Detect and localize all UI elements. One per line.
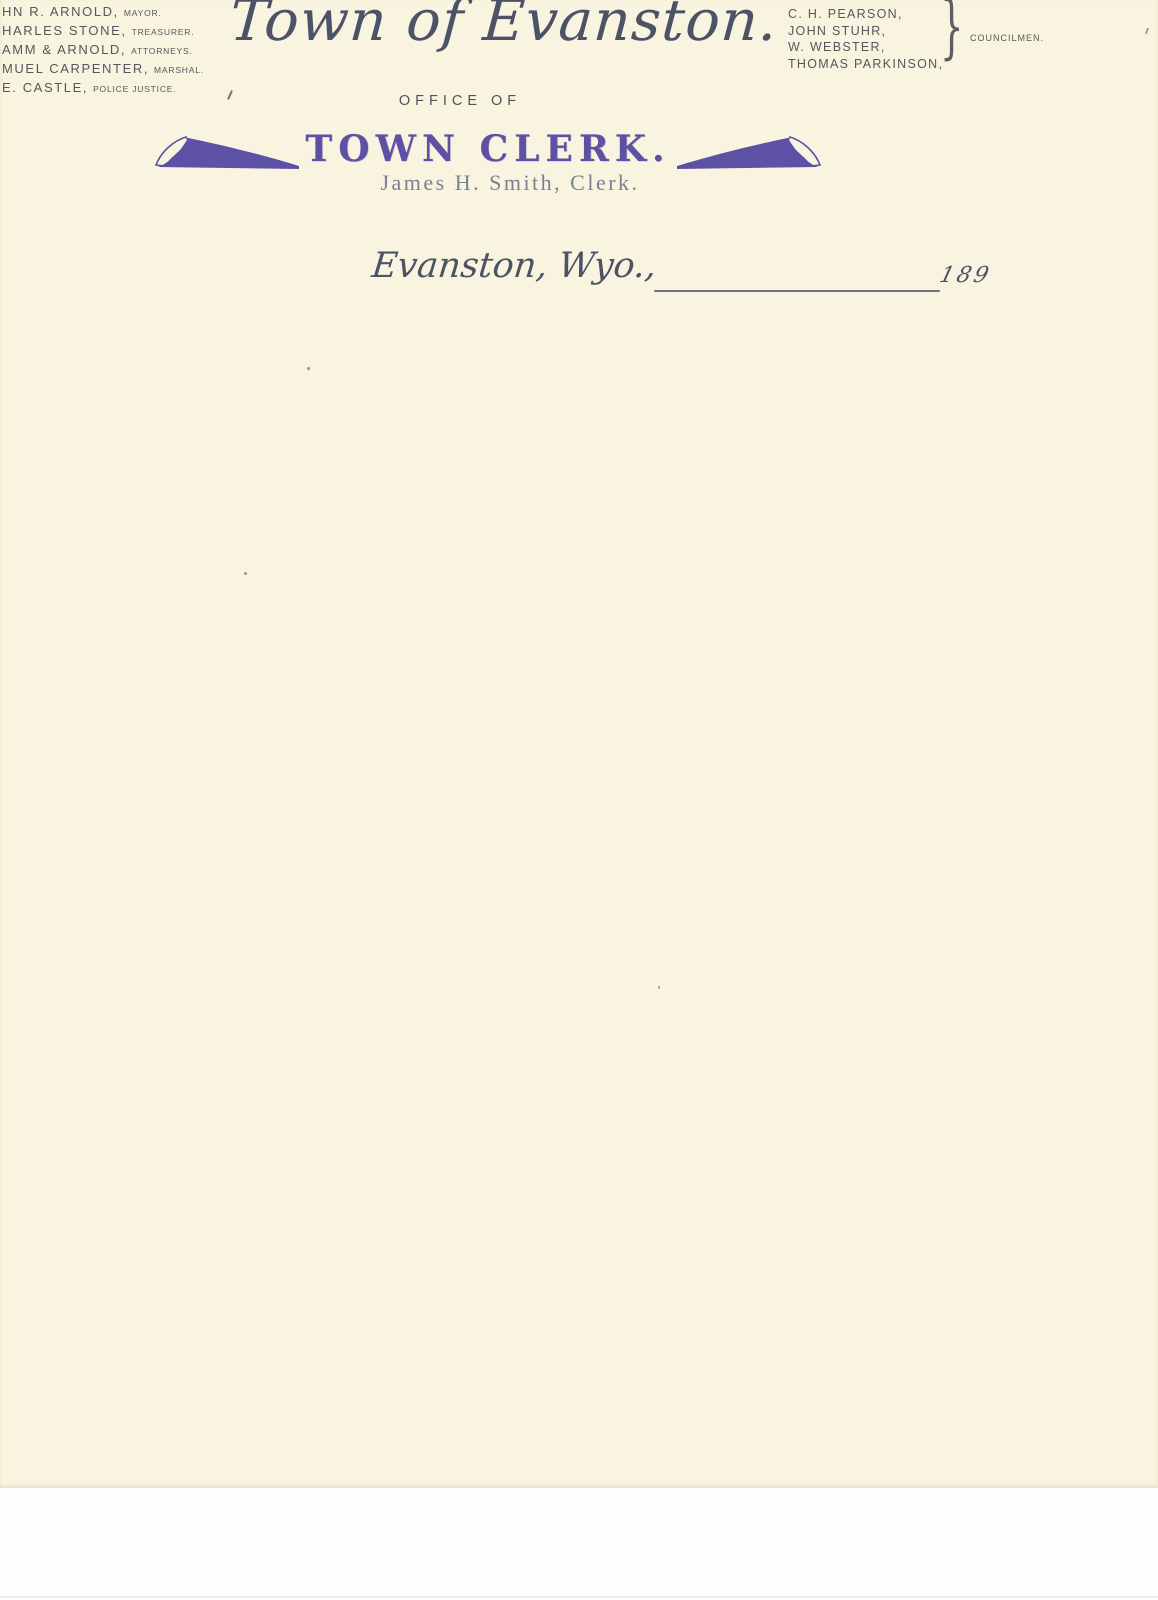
official-title: MARSHAL. bbox=[154, 65, 204, 75]
councilman-name: JOHN STUHR, bbox=[788, 23, 943, 40]
official-name: E. CASTLE, bbox=[2, 80, 88, 95]
official-title: POLICE JUSTICE. bbox=[93, 84, 176, 94]
letterhead-paper: HN R. ARNOLD, MAYOR. HARLES STONE, TREAS… bbox=[0, 0, 1158, 1488]
councilmen-label: COUNCILMEN. bbox=[970, 33, 1044, 43]
official-row-mayor: HN R. ARNOLD, MAYOR. bbox=[2, 4, 204, 19]
paper-speck bbox=[244, 572, 247, 575]
officials-list: HN R. ARNOLD, MAYOR. HARLES STONE, TREAS… bbox=[2, 4, 204, 99]
date-blank-line bbox=[654, 290, 940, 292]
paper-speck bbox=[658, 986, 660, 989]
page-title: Town of Evanston. bbox=[228, 0, 773, 54]
official-name: MUEL CARPENTER, bbox=[2, 61, 149, 76]
councilman-name: C. H. PEARSON, bbox=[788, 6, 943, 23]
scan-background: HN R. ARNOLD, MAYOR. HARLES STONE, TREAS… bbox=[0, 0, 1158, 1600]
office-of-label: OFFICE OF bbox=[210, 93, 710, 109]
clerk-name-line: James H. Smith, Clerk. bbox=[260, 170, 760, 196]
dateline-year-prefix: 189 bbox=[937, 263, 994, 288]
official-title: ATTORNEYS. bbox=[131, 46, 193, 56]
official-name: HN R. ARNOLD, bbox=[2, 4, 119, 19]
official-row-treasurer: HARLES STONE, TREASURER. bbox=[2, 23, 204, 38]
office-title: TOWN CLERK. bbox=[305, 128, 670, 170]
official-row-police-justice: E. CASTLE, POLICE JUSTICE. bbox=[2, 80, 204, 95]
scan-bottom-edge bbox=[0, 1596, 1158, 1598]
dateline-place: Evanston, Wyo., bbox=[370, 246, 659, 286]
paper-speck bbox=[1145, 28, 1149, 34]
official-row-marshal: MUEL CARPENTER, MARSHAL. bbox=[2, 61, 204, 76]
brace-glyph: } bbox=[940, 0, 963, 62]
official-name: AMM & ARNOLD, bbox=[2, 42, 126, 57]
official-title: TREASURER. bbox=[132, 27, 195, 37]
official-title: MAYOR. bbox=[124, 8, 162, 18]
councilman-name: THOMAS PARKINSON, bbox=[788, 56, 943, 73]
councilmen-list: C. H. PEARSON, JOHN STUHR, W. WEBSTER, T… bbox=[788, 6, 943, 72]
official-name: HARLES STONE, bbox=[2, 23, 127, 38]
paper-speck bbox=[307, 367, 310, 370]
official-row-attorneys: AMM & ARNOLD, ATTORNEYS. bbox=[2, 42, 204, 57]
councilman-name: W. WEBSTER, bbox=[788, 39, 943, 56]
